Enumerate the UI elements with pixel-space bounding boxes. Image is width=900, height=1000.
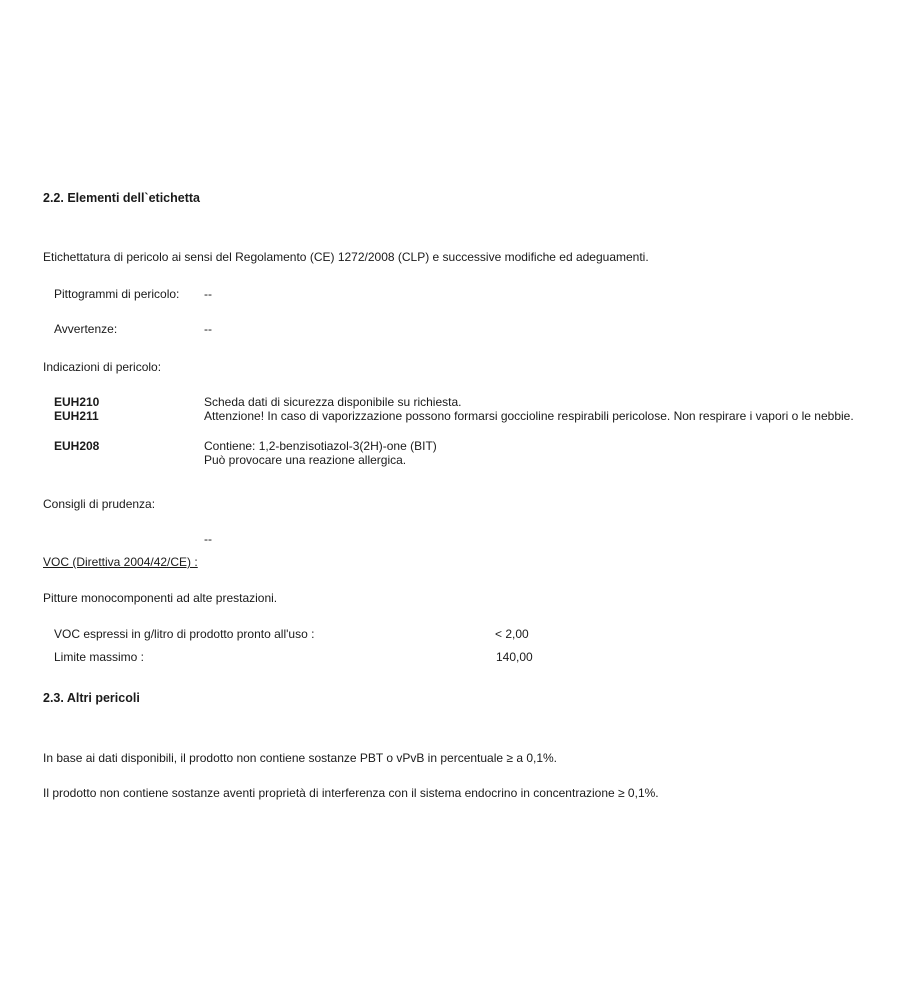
hazard-text: Scheda dati di sicurezza disponibile su … xyxy=(204,395,461,409)
voc-row-label: Limite massimo : xyxy=(54,650,144,664)
voc-row-value: 140,00 xyxy=(496,650,533,664)
pbt-statement: In base ai dati disponibili, il prodotto… xyxy=(43,751,557,765)
section-heading-2-2: 2.2. Elementi dell`etichetta xyxy=(43,191,200,205)
pictograms-label: Pittogrammi di pericolo: xyxy=(54,287,179,301)
precautionary-label: Consigli di prudenza: xyxy=(43,497,155,511)
hazard-code: EUH210 xyxy=(54,395,99,409)
labelling-intro: Etichettatura di pericolo ai sensi del R… xyxy=(43,250,649,264)
section-heading-2-3: 2.3. Altri pericoli xyxy=(43,691,140,705)
hazard-code: EUH211 xyxy=(54,409,99,423)
voc-category: Pitture monocomponenti ad alte prestazio… xyxy=(43,591,277,605)
endocrine-statement: Il prodotto non contiene sostanze aventi… xyxy=(43,786,659,800)
warnings-label: Avvertenze: xyxy=(54,322,117,336)
hazard-text: Attenzione! In caso di vaporizzazione po… xyxy=(204,409,864,423)
voc-heading: VOC (Direttiva 2004/42/CE) : xyxy=(43,555,198,569)
warnings-value: -- xyxy=(204,322,212,336)
hazard-text-continued: Può provocare una reazione allergica. xyxy=(204,453,406,467)
hazard-statements-label: Indicazioni di pericolo: xyxy=(43,360,161,374)
precautionary-value: -- xyxy=(204,532,212,546)
pictograms-value: -- xyxy=(204,287,212,301)
hazard-text: Contiene: 1,2-benzisotiazol-3(2H)-one (B… xyxy=(204,439,437,453)
voc-row-label: VOC espressi in g/litro di prodotto pron… xyxy=(54,627,314,641)
hazard-code: EUH208 xyxy=(54,439,99,453)
voc-row-value: < 2,00 xyxy=(495,627,529,641)
